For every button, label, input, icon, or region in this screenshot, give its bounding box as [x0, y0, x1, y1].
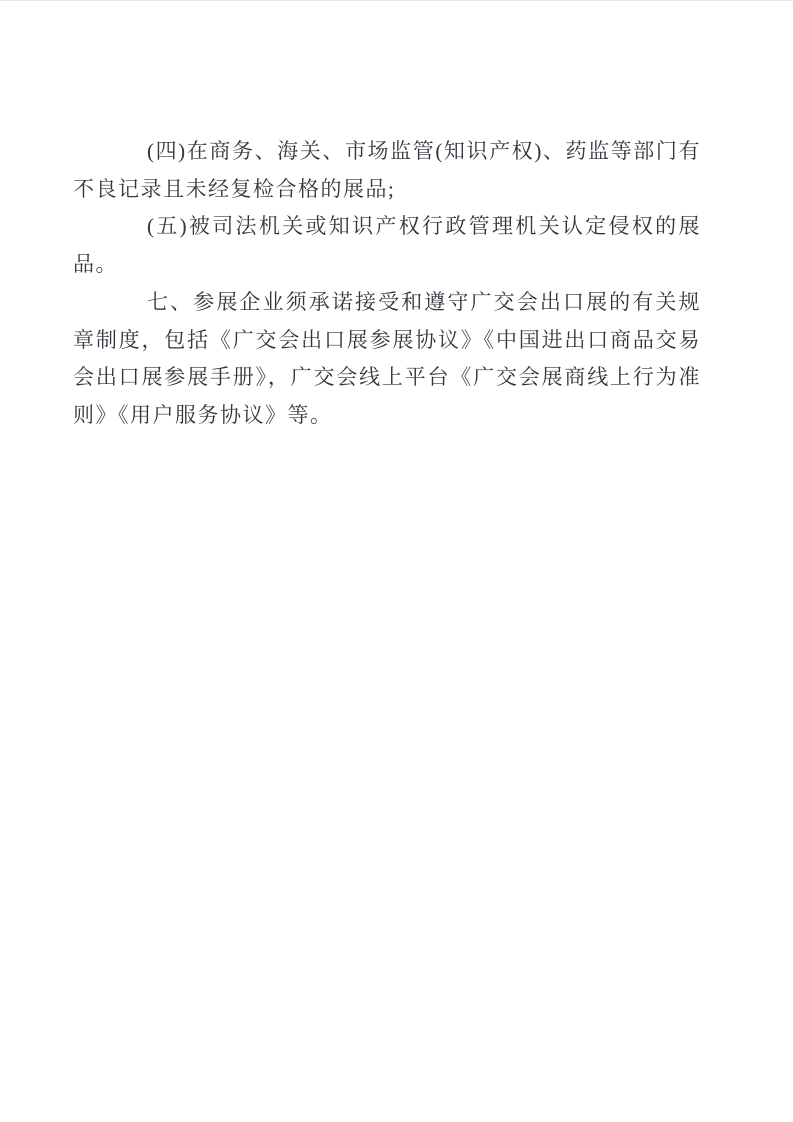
- paragraph-clause-4: (四)在商务、海关、市场监管(知识产权)、药监等部门有不良记录且未经复检合格的展…: [73, 133, 701, 208]
- paragraph-clause-5: (五)被司法机关或知识产权行政管理机关认定侵权的展品。: [73, 208, 701, 283]
- paragraph-clause-7: 七、参展企业须承诺接受和遵守广交会出口展的有关规章制度，包括《广交会出口展参展协…: [73, 284, 701, 435]
- document-page: (四)在商务、海关、市场监管(知识产权)、药监等部门有不良记录且未经复检合格的展…: [0, 0, 793, 1122]
- document-text-block: (四)在商务、海关、市场监管(知识产权)、药监等部门有不良记录且未经复检合格的展…: [73, 133, 701, 435]
